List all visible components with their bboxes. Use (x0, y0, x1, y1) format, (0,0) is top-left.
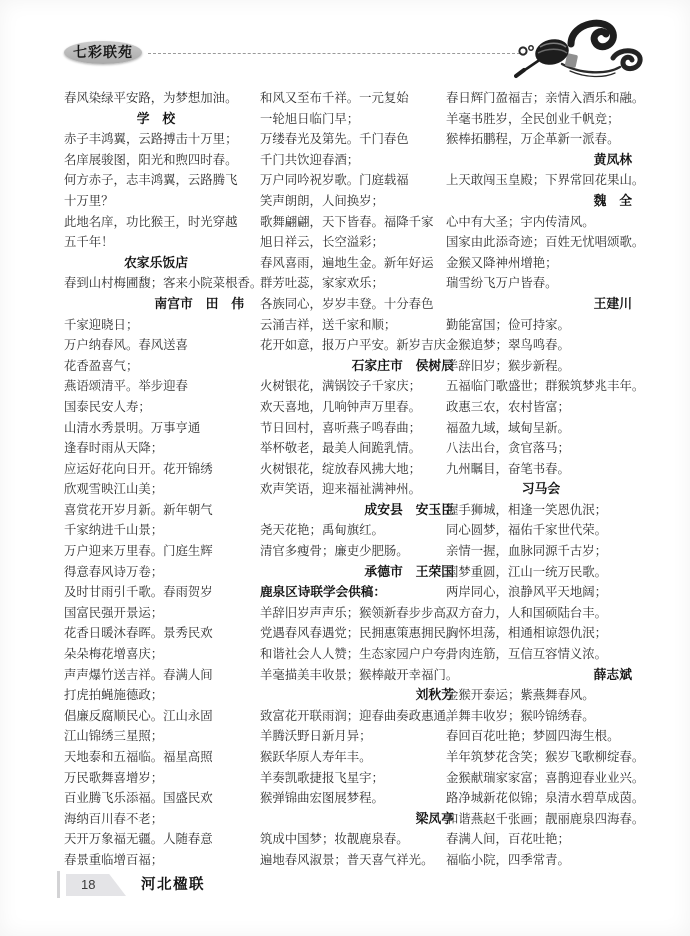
couplet-line: 胸怀坦荡，相通相谅怨仇泯； (446, 623, 636, 644)
couplet-line: 两岸同心，浪静风平天地阔； (446, 582, 636, 603)
couplet-line: 旭日祥云，长空溢彩； (260, 232, 458, 253)
couplet-line: 清官多瘦骨；廉吏少肥肠。 (260, 541, 458, 562)
couplet-line: 山清水秀景明。万事亨通 (64, 418, 248, 439)
couplet-line: 和谐社会人人赞；生态家园户户夸。 (260, 644, 458, 665)
couplet-line: 国泰民安人寿； (64, 397, 248, 418)
couplet-line: 金猴追梦；翠鸟鸣春。 (446, 335, 636, 356)
couplet-line: 声声爆竹送吉祥。春满人间 (64, 665, 248, 686)
couplet-line: 天开万象福无疆。人随春意 (64, 829, 248, 850)
couplet-line: 同心圆梦，福佑千家世代荣。 (446, 520, 636, 541)
couplet-line: 赤子丰鸿翼，云路搏击十万里； (64, 129, 248, 150)
couplet-line: 火树银花，满锅饺子千家庆； (260, 376, 458, 397)
couplet-line: 路净城新花似锦；泉清水碧草成茵。 (446, 788, 636, 809)
couplet-line: 党遇春风春遇党；民拥惠策惠拥民。 (260, 623, 458, 644)
couplet-line: 万民歌舞喜增岁； (64, 768, 248, 789)
couplet-line: 花香日暖沐春晖。景秀民欢 (64, 623, 248, 644)
couplet-line: 笑声朗朗，人间换岁； (260, 191, 458, 212)
couplet-line: 和谐燕赵千张画；靓丽鹿泉四海春。 (446, 809, 636, 830)
author-name: 薛志斌 (446, 665, 636, 686)
couplet-line: 歌舞翩翩，天下皆春。福降千家 (260, 212, 458, 233)
couplet-line: 此地名庠，功比猴王，时光穿越 (64, 212, 248, 233)
couplet-line: 群芳吐蕊，家家欢乐； (260, 273, 458, 294)
couplet-line: 逢春时雨从天降； (64, 438, 248, 459)
magazine-page: 七彩联苑 春风染绿平安路，为梦想加油。学 校赤子丰鸿翼，云路搏击十万里；名庠展骏… (0, 0, 690, 936)
couplet-line: 万户迎来万里春。门庭生辉 (64, 541, 248, 562)
couplet-line: 羊腾沃野日新月异； (260, 726, 458, 747)
couplet-line: 喜赏花开岁月新。新年朝气 (64, 500, 248, 521)
text-column-middle: 和风又至布千祥。一元复始一轮旭日临门早；万缕春光及第先。千门春色千门共饮迎春酒；… (260, 88, 458, 871)
couplet-line: 握手狮城，相逢一笑恩仇泯； (446, 500, 636, 521)
author-name: 南宫市 田 伟 (64, 294, 248, 315)
couplet-line: 五千年！ (64, 232, 248, 253)
couplet-line: 五福临门歌盛世；群猴筑梦兆丰年。 (446, 376, 636, 397)
couplet-line: 江山锦绣三星照； (64, 726, 248, 747)
text-column-right: 春日辉门盈福吉；亲情入酒乐和融。羊毫书胜岁，全民创业千帆竞；猴棒拓鹏程，万企革新… (446, 88, 636, 871)
couplet-line: 天地泰和五福临。福星高照 (64, 747, 248, 768)
author-name: 石家庄市 侯树辰 (260, 356, 458, 377)
couplet-line: 十万里？ (64, 191, 248, 212)
couplet-line: 国梦重圆，江山一统万民歌。 (446, 562, 636, 583)
page-number: 18 (81, 877, 95, 892)
couplet-line: 国家由此添奇迹；百姓无忧唱颂歌。 (446, 232, 636, 253)
couplet-line: 千门共饮迎春酒； (260, 150, 458, 171)
couplet-line: 节日回村，喜听燕子鸣春曲； (260, 418, 458, 439)
couplet-line: 和风又至布千祥。一元复始 (260, 88, 458, 109)
brush-ornament-icon (514, 14, 646, 84)
text-column-left: 春风染绿平安路，为梦想加油。学 校赤子丰鸿翼，云路搏击十万里；名庠展骏图，阳光和… (64, 88, 248, 871)
couplet-line: 猴跃华原人寿年丰。 (260, 747, 458, 768)
couplet-line: 羊毫描美丰收景；猴棒敲开幸福门。 (260, 665, 458, 686)
couplet-line: 得意春风诗万卷； (64, 562, 248, 583)
couplet-line: 春日辉门盈福吉；亲情入酒乐和融。 (446, 88, 636, 109)
author-name: 成安县 安玉臣 (260, 500, 458, 521)
couplet-line: 朵朵梅花增喜庆； (64, 644, 248, 665)
couplet-line: 福盈九域，域甸呈新。 (446, 418, 636, 439)
author-name: 王建川 (446, 294, 636, 315)
couplet-line: 万户纳春风。春风送喜 (64, 335, 248, 356)
couplet-line: 一轮旭日临门早； (260, 109, 458, 130)
couplet-line: 金猴献瑞家家富；喜鹊迎春业业兴。 (446, 768, 636, 789)
couplet-line: 羊舞丰收岁；猴吟锦绣春。 (446, 706, 636, 727)
couplet-line: 心中有大圣；宇内传清风。 (446, 212, 636, 233)
author-name: 魏 全 (446, 191, 636, 212)
couplet-line: 花开如意，报万户平安。新岁吉庆 (260, 335, 458, 356)
couplet-line: 欢声笑语，迎来福祉满神州。 (260, 479, 458, 500)
dashed-divider (148, 53, 520, 54)
couplet-line: 欢天喜地，几响钟声万里春。 (260, 397, 458, 418)
couplet-line: 春到山村梅圃馥；客来小院菜根香。 (64, 273, 248, 294)
couplet-line: 筑成中国梦；妆靓鹿泉春。 (260, 829, 458, 850)
couplet-line: 猴棒拓鹏程，万企革新一派春。 (446, 129, 636, 150)
couplet-line: 春风染绿平安路，为梦想加油。 (64, 88, 248, 109)
couplet-line: 春景重临增百福； (64, 850, 248, 871)
couplet-line: 双方奋力，人和国硕陆台丰。 (446, 603, 636, 624)
couplet-line: 羊毫书胜岁，全民创业千帆竞； (446, 109, 636, 130)
couplet-line: 花香盈喜气； (64, 356, 248, 377)
section-title: 习马会 (446, 479, 636, 500)
author-name: 梁凤亭 (260, 809, 458, 830)
couplet-line: 火树银花，绽放春风拂大地； (260, 459, 458, 480)
couplet-line: 百业腾飞乐添福。国盛民欢 (64, 788, 248, 809)
contributor-note: 鹿泉区诗联学会供稿： (260, 582, 458, 603)
couplet-line: 羊年筑梦花含笑；猴岁飞歌柳绽春。 (446, 747, 636, 768)
couplet-line: 遍地春风淑景；普天喜气祥光。 (260, 850, 458, 871)
author-name: 黄凤林 (446, 150, 636, 171)
couplet-line: 尧天花艳；禹甸旗红。 (260, 520, 458, 541)
couplet-line: 各族同心，岁岁丰登。十分春色 (260, 294, 458, 315)
couplet-line: 福临小院，四季常青。 (446, 850, 636, 871)
couplet-line: 猴弹锦曲宏图展梦程。 (260, 788, 458, 809)
couplet-line: 亲情一握，血脉同源千古岁； (446, 541, 636, 562)
author-name: 承德市 王荣国 (260, 562, 458, 583)
couplet-line: 海纳百川春不老； (64, 809, 248, 830)
couplet-line: 万户同吟祝岁歌。门庭载福 (260, 170, 458, 191)
couplet-line: 羊辞旧岁；猴步新程。 (446, 356, 636, 377)
couplet-line: 春回百花吐艳；梦圆四海生根。 (446, 726, 636, 747)
couplet-line: 应运好花向日开。花开锦绣 (64, 459, 248, 480)
couplet-line: 金猴又降神州增艳； (446, 253, 636, 274)
couplet-line: 千家迎晓日； (64, 315, 248, 336)
couplet-line: 名庠展骏图，阳光和煦四时春。 (64, 150, 248, 171)
couplet-line: 国富民强开景运； (64, 603, 248, 624)
couplet-line: 羊奏凯歌捷报飞星宇； (260, 768, 458, 789)
couplet-line: 骨肉连筋，互信互容情义浓。 (446, 644, 636, 665)
couplet-line: 春风喜雨，遍地生金。新年好运 (260, 253, 458, 274)
couplet-line: 春满人间，百花吐艳； (446, 829, 636, 850)
couplet-line: 欣观雪映江山美； (64, 479, 248, 500)
couplet-line: 千家纳进千山景； (64, 520, 248, 541)
couplet-line: 何方赤子，志丰鸿翼，云路腾飞 (64, 170, 248, 191)
page-number-tab: 18 (66, 874, 126, 896)
couplet-line: 万缕春光及第先。千门春色 (260, 129, 458, 150)
couplet-line: 云涌吉祥，送千家和顺； (260, 315, 458, 336)
couplet-line: 致富花开联雨润；迎春曲奏政惠通。 (260, 706, 458, 727)
footer-accent-bar (57, 871, 60, 898)
journal-title: 河北楹联 (141, 874, 205, 896)
couplet-line: 九州瞩目，奋笔书春。 (446, 459, 636, 480)
couplet-line: 金猴开泰运；紫燕舞春风。 (446, 685, 636, 706)
couplet-line: 羊辞旧岁声声乐；猴领新春步步高。 (260, 603, 458, 624)
section-badge: 七彩联苑 (64, 41, 142, 64)
author-name: 刘秋芳 (260, 685, 458, 706)
couplet-line: 勤能富国；俭可持家。 (446, 315, 636, 336)
couplet-line: 及时甘雨引千歌。春雨贺岁 (64, 582, 248, 603)
section-title: 农家乐饭店 (64, 253, 248, 274)
couplet-line: 八法出台，贪官落马； (446, 438, 636, 459)
section-title: 学 校 (64, 109, 248, 130)
couplet-line: 倡廉反腐顺民心。江山永固 (64, 706, 248, 727)
couplet-line: 政惠三农，农村皆富； (446, 397, 636, 418)
couplet-line: 上天敢闯玉皇殿；下界常回花果山。 (446, 170, 636, 191)
couplet-line: 举杯敬老，最美人间跪乳情。 (260, 438, 458, 459)
couplet-line: 打虎拍蝇施德政； (64, 685, 248, 706)
couplet-line: 瑞雪纷飞万户皆春。 (446, 273, 636, 294)
couplet-line: 燕语颂清平。举步迎春 (64, 376, 248, 397)
